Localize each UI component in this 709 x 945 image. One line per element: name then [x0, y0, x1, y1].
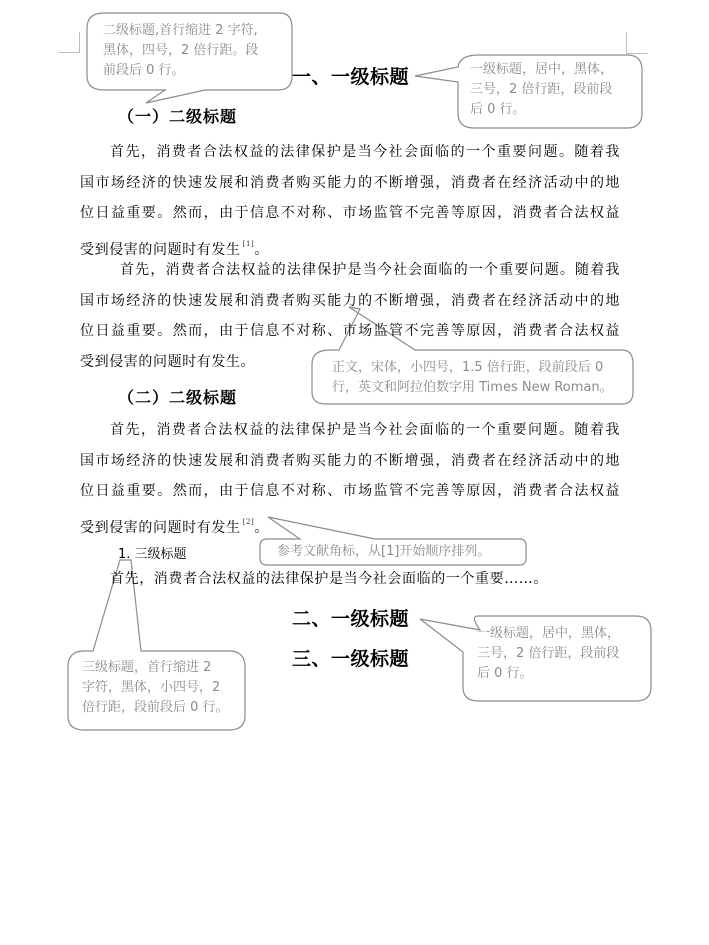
citation-marker: [1]: [243, 240, 255, 248]
body-paragraph-2: 首先，消费者合法权益的法律保护是当今社会面临的一个重要问题。随着我 国市场经济的…: [80, 255, 620, 377]
paragraph-line: 首先，消费者合法权益的法律保护是当今社会面临的一个重要……。: [80, 564, 620, 595]
paragraph-line: 国市场经济的快速发展和消费者购买能力的不断增强，消费者在经济活动中的地: [80, 286, 620, 317]
callout-citation-note: 参考文献角标，从[1]开始顺序排列。: [277, 542, 527, 562]
heading-level3-first: 1. 三级标题: [118, 543, 187, 562]
heading-level1-third: 三、一级标题: [292, 644, 409, 671]
body-paragraph-1: 首先，消费者合法权益的法律保护是当今社会面临的一个重要问题。随着我 国市场经济的…: [80, 137, 620, 265]
callout-h1-note-bottom: 一级标题，居中，黑体， 三号，2 倍行距，段前段 后 0 行。: [477, 624, 647, 684]
callout-line: 字符，黑体，小四号，2: [82, 678, 242, 698]
paragraph-line: 位日益重要。然而，由于信息不对称、市场监管不完善等原因，消费者合法权益: [80, 198, 620, 229]
callout-line: 一级标题，居中，黑体，: [470, 60, 635, 80]
document-page: 二级标题,首行缩进 2 字符, 黑体，四号，2 倍行距。段 前段后 0 行。 一…: [0, 0, 709, 945]
paragraph-line: 位日益重要。然而，由于信息不对称、市场监管不完善等原因，消费者合法权益: [80, 476, 620, 507]
paragraph-line: 首先，消费者合法权益的法律保护是当今社会面临的一个重要问题。随着我: [80, 415, 620, 446]
callout-line: 三号，2 倍行距，段前段: [477, 644, 647, 664]
callout-line: 前段后 0 行。: [103, 61, 288, 81]
heading-level2-second: （二）二级标题: [118, 385, 237, 408]
paragraph-line: 国市场经济的快速发展和消费者购买能力的不断增强，消费者在经济活动中的地: [80, 168, 620, 199]
body-paragraph-3: 首先，消费者合法权益的法律保护是当今社会面临的一个重要问题。随着我 国市场经济的…: [80, 415, 620, 543]
paragraph-line: 受到侵害的问题时有发生。: [80, 347, 620, 378]
citation-marker: [2]: [243, 518, 255, 526]
callout-line: 后 0 行。: [470, 100, 635, 120]
paragraph-text: 受到侵害的问题时有发生: [80, 520, 241, 536]
callout-line: 黑体，四号，2 倍行距。段: [103, 41, 288, 61]
callout-h3-note: 三级标题，首行缩进 2 字符，黑体，小四号，2 倍行距，段前段后 0 行。: [82, 658, 242, 718]
body-paragraph-4: 首先，消费者合法权益的法律保护是当今社会面临的一个重要……。: [80, 564, 620, 595]
paragraph-line: 首先，消费者合法权益的法律保护是当今社会面临的一个重要问题。随着我: [80, 255, 620, 286]
callout-line: 三号，2 倍行距，段前段: [470, 80, 635, 100]
heading-level2-first: （一）二级标题: [118, 104, 237, 127]
callout-line: 三级标题，首行缩进 2: [82, 658, 242, 678]
callout-line: 参考文献角标，从[1]开始顺序排列。: [277, 542, 527, 562]
heading-level1-second: 二、一级标题: [292, 604, 409, 631]
heading-level1-first: 一、一级标题: [292, 62, 409, 89]
paragraph-line: 首先，消费者合法权益的法律保护是当今社会面临的一个重要问题。随着我: [80, 137, 620, 168]
corner-mark-top-right-h: [626, 53, 648, 54]
callout-h2-note: 二级标题,首行缩进 2 字符, 黑体，四号，2 倍行距。段 前段后 0 行。: [103, 21, 288, 81]
callout-line: 倍行距，段前段后 0 行。: [82, 698, 242, 718]
corner-mark-top-left-h: [58, 52, 80, 53]
paragraph-line: 位日益重要。然而，由于信息不对称、市场监管不完善等原因，消费者合法权益: [80, 316, 620, 347]
callout-h1-note-top: 一级标题，居中，黑体， 三号，2 倍行距，段前段 后 0 行。: [470, 60, 635, 120]
corner-mark-top-left-v: [79, 32, 80, 53]
paragraph-line-last: 受到侵害的问题时有发生[2]。: [80, 507, 620, 544]
callout-line: 一级标题，居中，黑体，: [477, 624, 647, 644]
callout-line: 后 0 行。: [477, 664, 647, 684]
paragraph-end-punct: 。: [254, 520, 269, 536]
paragraph-line: 国市场经济的快速发展和消费者购买能力的不断增强，消费者在经济活动中的地: [80, 446, 620, 477]
corner-mark-top-right-v: [626, 32, 627, 54]
callout-line: 二级标题,首行缩进 2 字符,: [103, 21, 288, 41]
callout-line: 行，英文和阿拉伯数字用 Times New Roman。: [332, 378, 632, 398]
